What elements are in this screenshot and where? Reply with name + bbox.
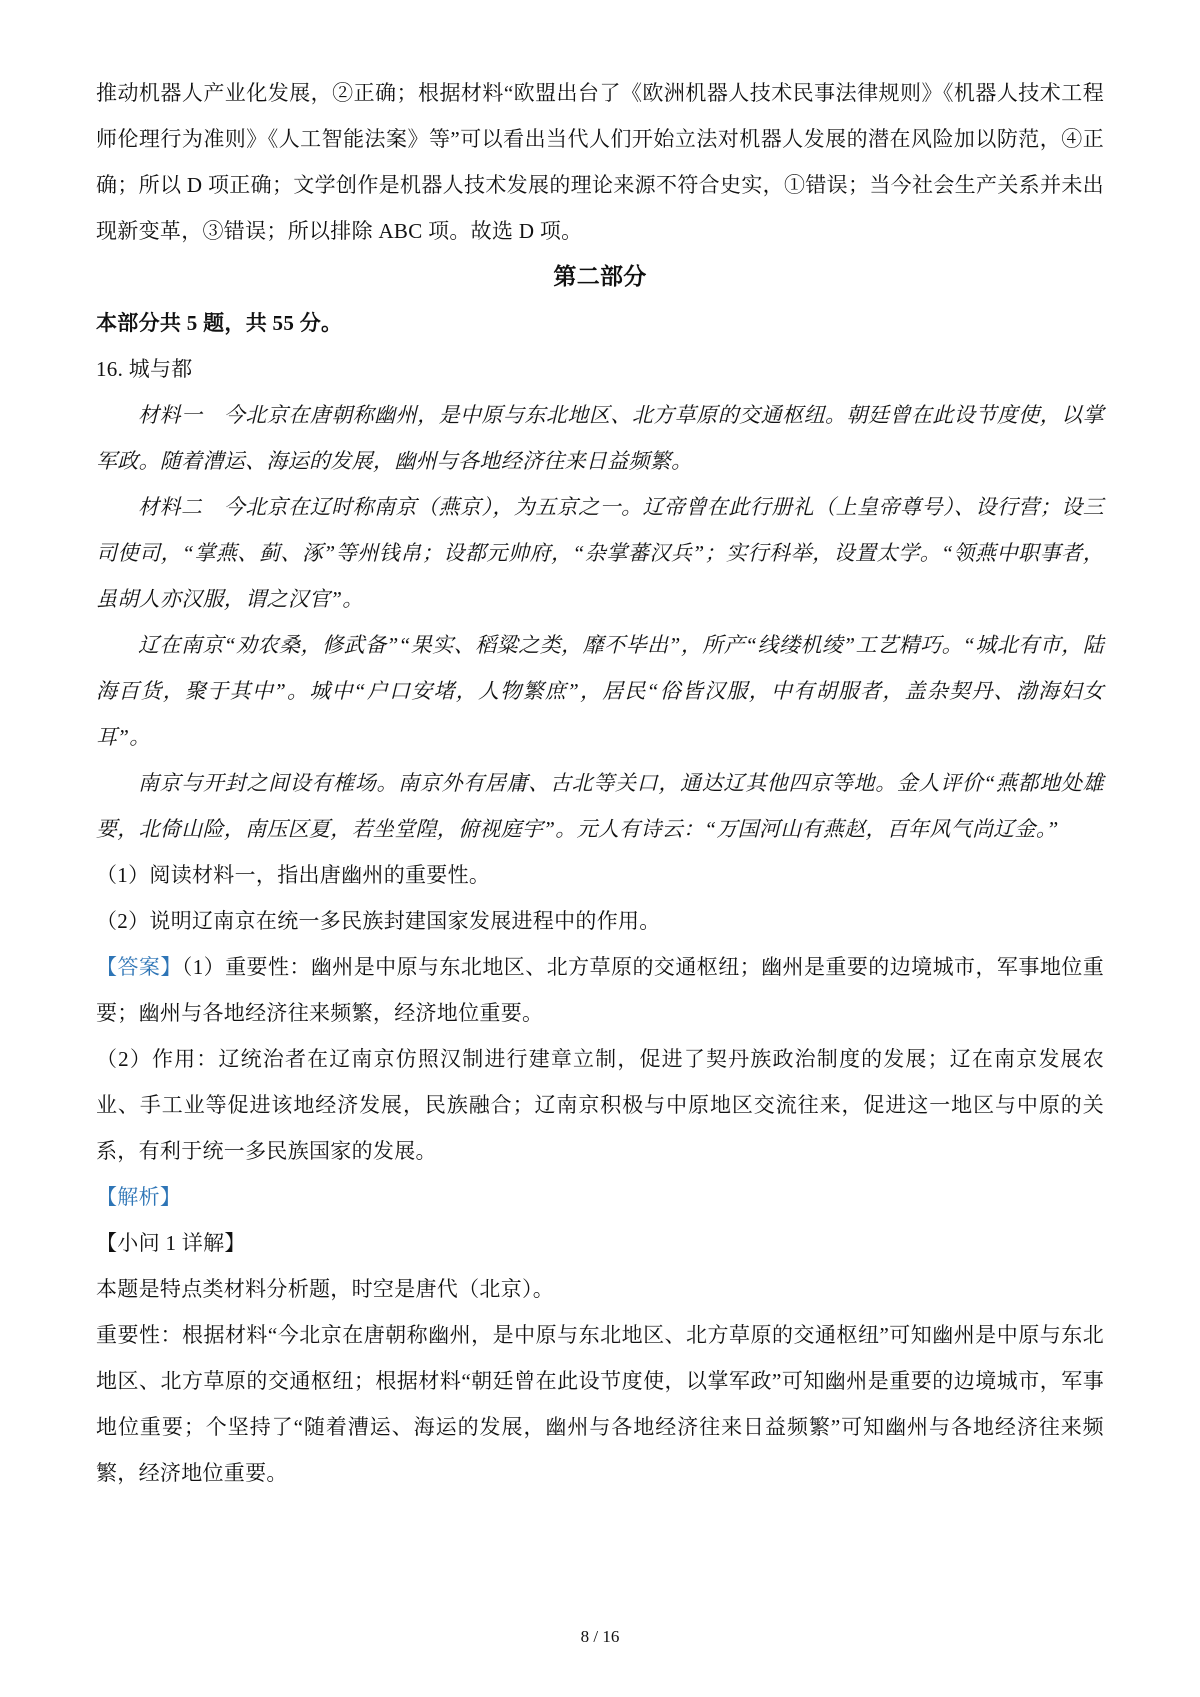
document-content: 推动机器人产业化发展，②正确；根据材料“欧盟出台了《欧洲机器人技术民事法律规则》… <box>0 0 1200 1496</box>
answer-paragraph-2: （2）作用：辽统治者在辽南京仿照汉制进行建章立制，促进了契丹族政治制度的发展；辽… <box>96 1036 1104 1174</box>
answer-paragraph-1: 【答案】（1）重要性：幽州是中原与东北地区、北方草原的交通枢纽；幽州是重要的边境… <box>96 944 1104 1036</box>
sub-question-1-explain-label: 【小问 1 详解】 <box>96 1220 1104 1266</box>
analysis-label: 【解析】 <box>96 1174 1104 1220</box>
section-heading: 第二部分 <box>96 254 1104 300</box>
analysis-detail: 重要性：根据材料“今北京在唐朝称幽州，是中原与东北地区、北方草原的交通枢纽”可知… <box>96 1312 1104 1496</box>
sub-question-1: （1）阅读材料一，指出唐幽州的重要性。 <box>96 852 1104 898</box>
material-4: 南京与开封之间设有榷场。南京外有居庸、古北等关口，通达辽其他四京等地。金人评价“… <box>96 760 1104 852</box>
sub-question-2: （2）说明辽南京在统一多民族封建国家发展进程中的作用。 <box>96 898 1104 944</box>
material-1: 材料一 今北京在唐朝称幽州，是中原与东北地区、北方草原的交通枢纽。朝廷曾在此设节… <box>96 392 1104 484</box>
page-number: 8 / 16 <box>0 1627 1200 1647</box>
section-summary: 本部分共 5 题，共 55 分。 <box>96 300 1104 346</box>
material-3: 辽在南京“劝农桑，修武备”“果实、稻粱之类，靡不毕出”，所产“线缕机绫”工艺精巧… <box>96 622 1104 760</box>
document-page: 推动机器人产业化发展，②正确；根据材料“欧盟出台了《欧洲机器人技术民事法律规则》… <box>0 0 1200 1697</box>
material-2: 材料二 今北京在辽时称南京（燕京），为五京之一。辽帝曾在此行册礼（上皇帝尊号）、… <box>96 484 1104 622</box>
answer-1-text: （1）重要性：幽州是中原与东北地区、北方草原的交通枢纽；幽州是重要的边境城市，军… <box>96 955 1104 1025</box>
paragraph-prev-answer-tail: 推动机器人产业化发展，②正确；根据材料“欧盟出台了《欧洲机器人技术民事法律规则》… <box>96 70 1104 254</box>
question-16-title: 16. 城与都 <box>96 346 1104 392</box>
answer-label: 【答案】 <box>96 955 182 979</box>
analysis-intro: 本题是特点类材料分析题，时空是唐代（北京）。 <box>96 1266 1104 1312</box>
